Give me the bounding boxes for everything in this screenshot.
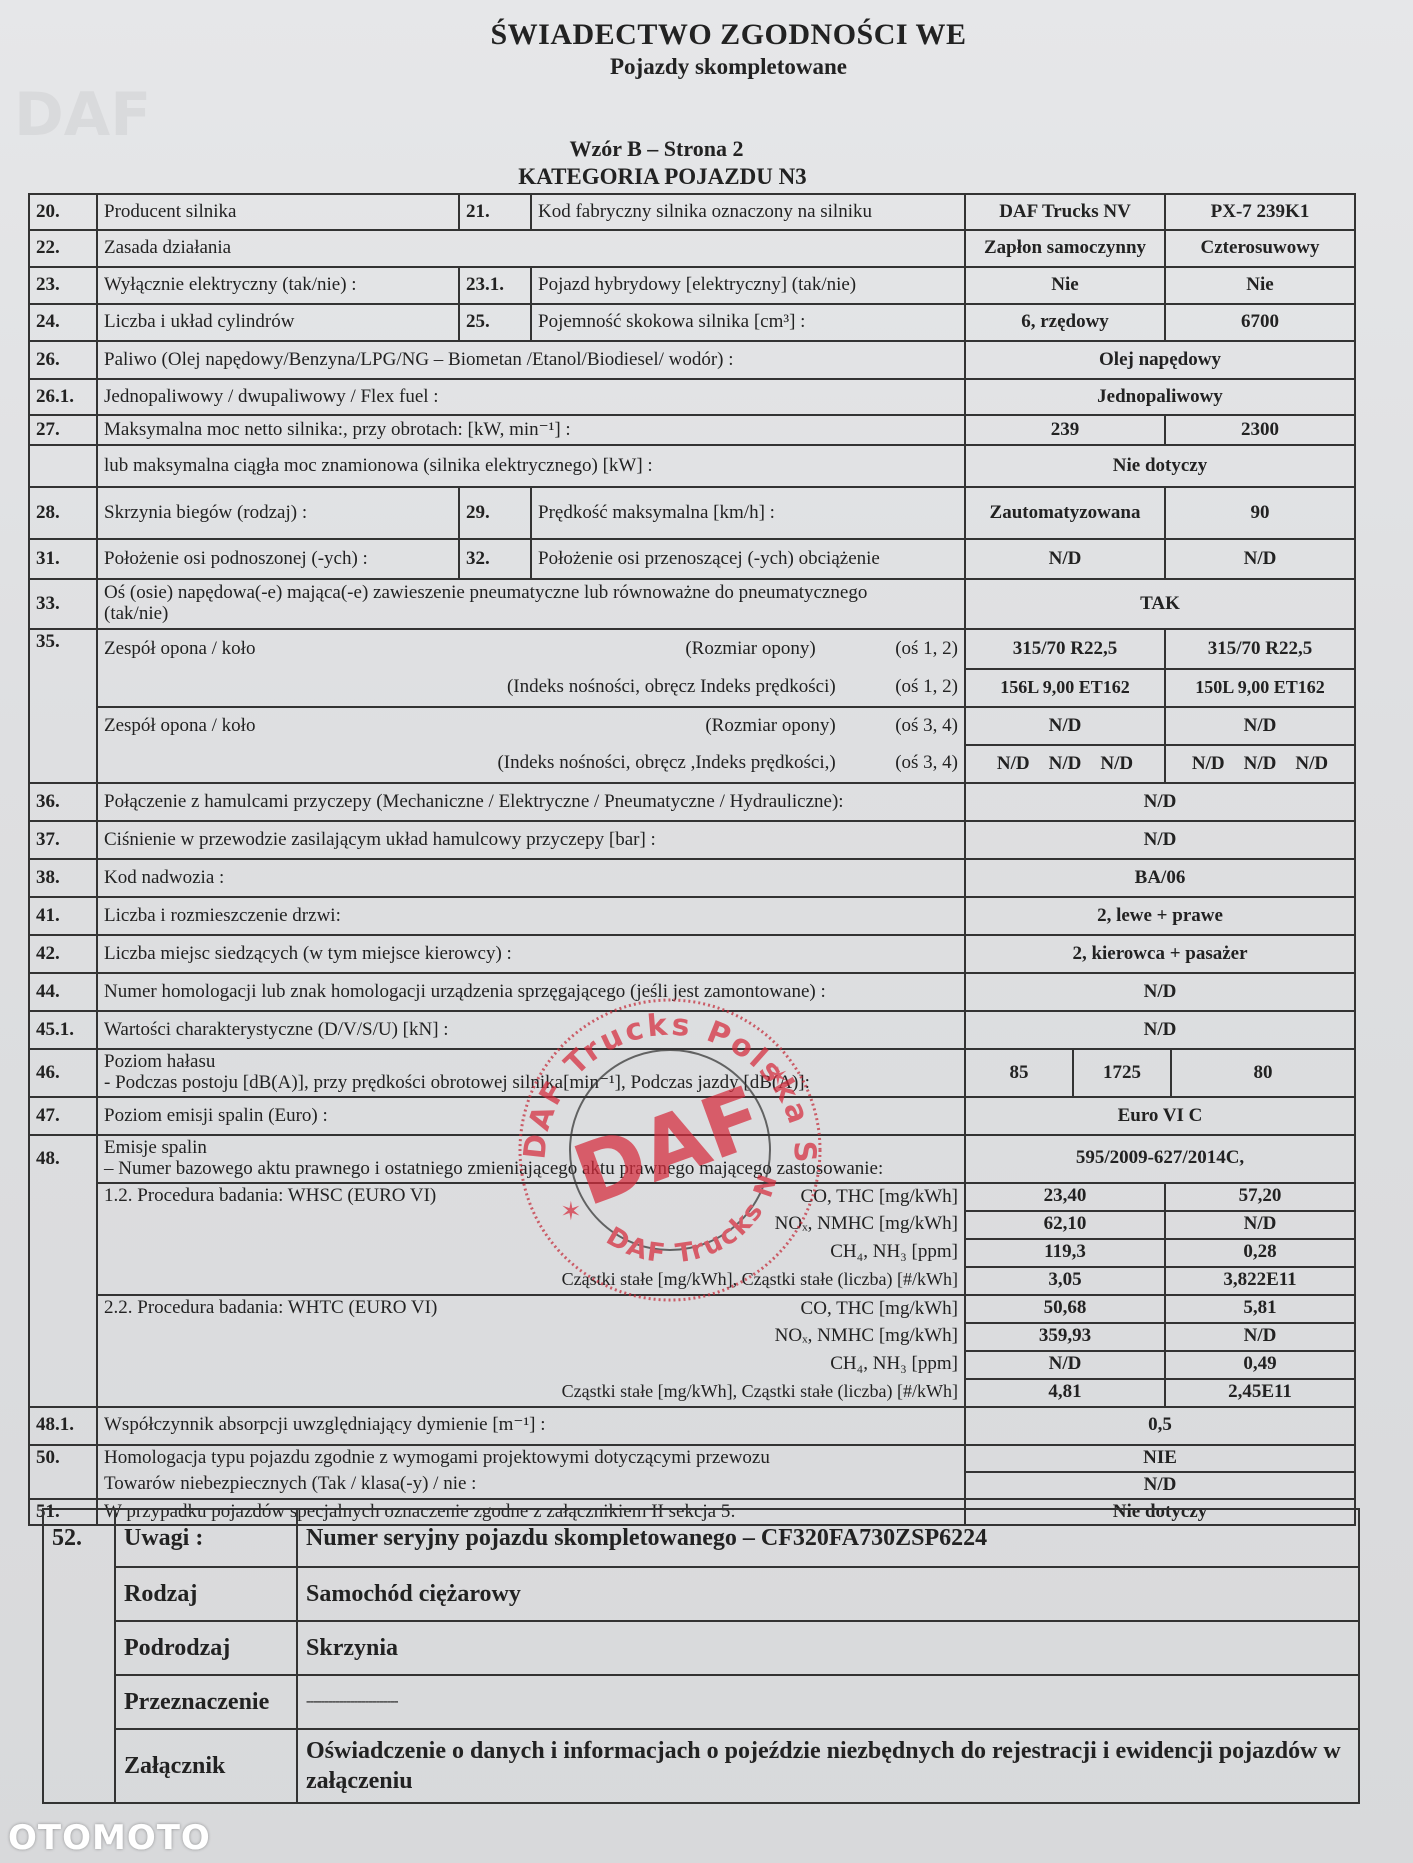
field-label: Numer homologacji lub znak homologacji u… xyxy=(97,973,965,1011)
row-28: 28. Skrzynia biegów (rodzaj) : 29. Prędk… xyxy=(29,487,1355,539)
body-code-value: BA/06 xyxy=(965,859,1355,897)
field-number: 29. xyxy=(459,487,531,539)
adr-class-value: N/D xyxy=(965,1472,1355,1499)
coupling-approval-value: N/D xyxy=(965,973,1355,1011)
row-26: 26. Paliwo (Olej napędowy/Benzyna/LPG/NG… xyxy=(29,341,1355,379)
air-suspension-value: TAK xyxy=(965,579,1355,629)
row-38: 38. Kod nadwozia : BA/06 xyxy=(29,859,1355,897)
field-number: 46. xyxy=(29,1049,97,1097)
remarks-label: Załącznik xyxy=(115,1729,297,1803)
tyre-size-axle-3-4-left: N/D xyxy=(965,707,1165,745)
whsc-value-2: 0,28 xyxy=(1165,1239,1355,1267)
field-label: Jednopaliwowy / dwupaliwowy / Flex fuel … xyxy=(97,379,965,415)
remarks-label: Przeznaczenie xyxy=(115,1675,297,1729)
empty-cell xyxy=(29,669,97,707)
document-subtitle: Pojazdy skompletowane xyxy=(22,54,1413,80)
empty-cell xyxy=(29,1295,97,1323)
whsc-value-1: 62,10 xyxy=(965,1211,1165,1239)
field-label: Liczba miejsc siedzących (w tym miejsce … xyxy=(97,935,965,973)
legal-act-value: 595/2009-627/2014C, xyxy=(965,1135,1355,1183)
field-number: 23. xyxy=(29,267,97,304)
whtc-label: Cząstki stałe [mg/kWh], Cząstki stałe (l… xyxy=(531,1379,965,1407)
row-22: 22. Zasada działania Zapłon samoczynny C… xyxy=(29,230,1355,267)
empty-cell xyxy=(29,707,97,745)
field-number: 32. xyxy=(459,539,531,579)
remarks-label: Podrodzaj xyxy=(115,1621,297,1675)
tyre-size-caption: (Rozmiar opony) xyxy=(705,715,835,736)
whtc-title: 2.2. Procedura badania: WHTC (EURO VI) xyxy=(97,1295,531,1407)
tyre-size-label: (Rozmiar opony) (oś 3, 4) xyxy=(459,707,965,745)
field-number: 21. xyxy=(459,194,531,230)
field-number: 42. xyxy=(29,935,97,973)
row-27: 27. Maksymalna moc netto silnika:, przy … xyxy=(29,415,1355,445)
row-26-1: 26.1. Jednopaliwowy / dwupaliwowy / Flex… xyxy=(29,379,1355,415)
whsc-value-2: N/D xyxy=(1165,1211,1355,1239)
load-axle-value: N/D xyxy=(1165,539,1355,579)
electric-value: Nie xyxy=(965,267,1165,304)
lift-axle-value: N/D xyxy=(965,539,1165,579)
remarks-value: Numer seryjny pojazdu skompletowanego – … xyxy=(297,1509,1359,1567)
field-number: 37. xyxy=(29,821,97,859)
row-24: 24. Liczba i układ cylindrów 25. Pojemno… xyxy=(29,304,1355,341)
tyre-index-axle-3-4-left: N/D N/D N/D xyxy=(965,745,1165,783)
remarks-label: Rodzaj xyxy=(115,1567,297,1621)
whtc-value-1: 50,68 xyxy=(965,1295,1165,1323)
fuel-value: Olej napędowy xyxy=(965,341,1355,379)
field-label: Liczba i układ cylindrów xyxy=(97,304,459,341)
field-label: Położenie osi przenoszącej (-ych) obciąż… xyxy=(531,539,965,579)
vehicle-category: KATEGORIA POJAZDU N3 xyxy=(0,164,1369,190)
axle-label: (oś 3, 4) xyxy=(895,715,958,736)
max-speed-value: 90 xyxy=(1165,487,1355,539)
tyre-index-axle-3-4-right: N/D N/D N/D xyxy=(1165,745,1355,783)
field-number: 47. xyxy=(29,1097,97,1135)
field-label-line2: - Podczas postoju [dB(A)], przy prędkośc… xyxy=(104,1073,958,1094)
field-label: Producent silnika xyxy=(97,194,459,230)
empty-cell xyxy=(29,1183,97,1211)
whtc-row-1: 2.2. Procedura badania: WHTC (EURO VI) C… xyxy=(29,1295,1355,1323)
empty-cell xyxy=(29,445,97,487)
fuel-type-value: Jednopaliwowy xyxy=(965,379,1355,415)
tyre-index-label: (Indeks nośności, obręcz Indeks prędkośc… xyxy=(97,669,965,707)
field-label: Oś (osie) napędowa(-e) mająca(-e) zawies… xyxy=(97,579,965,629)
ignition-value: Zapłon samoczynny xyxy=(965,230,1165,267)
field-label: Położenie osi podnoszonej (-ych) : xyxy=(97,539,459,579)
remarks-table: 52. Uwagi : Numer seryjny pojazdu skompl… xyxy=(42,1508,1360,1804)
row-48: 48. Emisje spalin – Numer bazowego aktu … xyxy=(29,1135,1355,1183)
row-37: 37. Ciśnienie w przewodzie zasilającym u… xyxy=(29,821,1355,859)
remarks-label: Uwagi : xyxy=(115,1509,297,1567)
row-27-electric: lub maksymalna ciągła moc znamionowa (si… xyxy=(29,445,1355,487)
empty-cell xyxy=(29,1211,97,1239)
field-label: Pojemność skokowa silnika [cm³] : xyxy=(531,304,965,341)
row-36: 36. Połączenie z hamulcami przyczepy (Me… xyxy=(29,783,1355,821)
stationary-noise-value: 85 xyxy=(966,1050,1074,1096)
field-label: Połączenie z hamulcami przyczepy (Mechan… xyxy=(97,783,965,821)
field-number: 31. xyxy=(29,539,97,579)
remarks-value: Samochód ciężarowy xyxy=(297,1567,1359,1621)
whtc-value-1: N/D xyxy=(965,1351,1165,1379)
field-number: 44. xyxy=(29,973,97,1011)
row-48-1: 48.1. Współczynnik absorpcji uwzględniaj… xyxy=(29,1407,1355,1445)
whsc-title: 1.2. Procedura badania: WHSC (EURO VI) xyxy=(97,1183,531,1295)
cylinders-value: 6, rzędowy xyxy=(965,304,1165,341)
field-label: Maksymalna moc netto silnika:, przy obro… xyxy=(97,415,965,445)
doors-value: 2, lewe + prawe xyxy=(965,897,1355,935)
field-number: 48. xyxy=(29,1135,97,1183)
whtc-value-2: N/D xyxy=(1165,1323,1355,1351)
whsc-label: CO, THC [mg/kWh] xyxy=(531,1183,965,1211)
tyre-index-axle-1-2-right: 150L 9,00 ET162 xyxy=(1165,669,1355,707)
whsc-value-1: 3,05 xyxy=(965,1267,1165,1295)
specification-table: 20. Producent silnika 21. Kod fabryczny … xyxy=(28,193,1356,1526)
field-label: Współczynnik absorpcji uwzględniający dy… xyxy=(97,1407,965,1445)
axle-label: (oś 3, 4) xyxy=(895,752,958,773)
whsc-row-1: 1.2. Procedura badania: WHSC (EURO VI) C… xyxy=(29,1183,1355,1211)
row-46: 46. Poziom hałasu - Podczas postoju [dB(… xyxy=(29,1049,1355,1097)
trailer-pressure-value: N/D xyxy=(965,821,1355,859)
field-label: Wyłącznie elektryczny (tak/nie) : xyxy=(97,267,459,304)
whtc-label: CO, THC [mg/kWh] xyxy=(531,1295,965,1323)
whsc-label: Cząstki stałe [mg/kWh], Cząstki stałe (l… xyxy=(531,1267,965,1295)
field-number: 50. xyxy=(29,1445,97,1499)
field-label-line1: Poziom hałasu xyxy=(104,1052,958,1073)
row-23: 23. Wyłącznie elektryczny (tak/nie) : 23… xyxy=(29,267,1355,304)
field-number: 22. xyxy=(29,230,97,267)
rpm-value: 2300 xyxy=(1165,415,1355,445)
field-label-line1: Emisje spalin xyxy=(104,1138,958,1159)
document-title: ŚWIADECTWO ZGODNOŚCI WE xyxy=(22,18,1413,52)
adr-approval-value: NIE xyxy=(965,1445,1355,1472)
row-35-tyre-index-axle-3-4: (Indeks nośności, obręcz ,Indeks prędkoś… xyxy=(29,745,1355,783)
empty-cell xyxy=(29,1267,97,1295)
tyre-size-axle-1-2-right: 315/70 R22,5 xyxy=(1165,629,1355,669)
field-number: 33. xyxy=(29,579,97,629)
seats-value: 2, kierowca + pasażer xyxy=(965,935,1355,973)
empty-cell xyxy=(29,1323,97,1351)
field-label: Kod nadwozia : xyxy=(97,859,965,897)
whsc-value-1: 119,3 xyxy=(965,1239,1165,1267)
field-label: Prędkość maksymalna [km/h] : xyxy=(531,487,965,539)
field-number: 26.1. xyxy=(29,379,97,415)
field-label-line2: (tak/nie) xyxy=(104,604,958,625)
axle-label: (oś 1, 2) xyxy=(895,638,958,659)
row-47: 47. Poziom emisji spalin (Euro) : Euro V… xyxy=(29,1097,1355,1135)
row-20: 20. Producent silnika 21. Kod fabryczny … xyxy=(29,194,1355,230)
row-50-b: Towarów niebezpiecznych (Tak / klasa(-y)… xyxy=(29,1472,1355,1499)
row-35-tyre-size-axle-3-4: Zespół opona / koło (Rozmiar opony) (oś … xyxy=(29,707,1355,745)
cycle-value: Czterosuwowy xyxy=(1165,230,1355,267)
field-label: Skrzynia biegów (rodzaj) : xyxy=(97,487,459,539)
field-number: 52. xyxy=(43,1509,115,1567)
otomoto-watermark: OTOMOTO xyxy=(8,1818,211,1858)
remarks-value: ------------------------- xyxy=(297,1675,1359,1729)
row-35-tyre-size-axle-1-2: 35. Zespół opona / koło (Rozmiar opony) … xyxy=(29,629,1355,669)
axle-label: (oś 1, 2) xyxy=(895,676,958,697)
electric-power-value: Nie dotyczy xyxy=(965,445,1355,487)
field-label: Ciśnienie w przewodzie zasilającym układ… xyxy=(97,821,965,859)
hybrid-value: Nie xyxy=(1165,267,1355,304)
field-number: 36. xyxy=(29,783,97,821)
whtc-value-2: 2,45E11 xyxy=(1165,1379,1355,1407)
remarks-row-przeznaczenie: Przeznaczenie ------------------------- xyxy=(43,1675,1359,1729)
engine-code-value: PX-7 239K1 xyxy=(1165,194,1355,230)
field-label: Zespół opona / koło xyxy=(97,707,459,745)
empty-cell xyxy=(43,1621,115,1675)
field-number: 27. xyxy=(29,415,97,445)
whtc-value-2: 0,49 xyxy=(1165,1351,1355,1379)
tyre-index-caption: (Indeks nośności, obręcz Indeks prędkośc… xyxy=(507,676,836,697)
tyre-size-caption: (Rozmiar opony) xyxy=(685,638,815,659)
empty-cell xyxy=(43,1729,115,1803)
row-31: 31. Położenie osi podnoszonej (-ych) : 3… xyxy=(29,539,1355,579)
whtc-label: CH₄, NH₃ [ppm] xyxy=(531,1351,965,1379)
max-power-value: 239 xyxy=(965,415,1165,445)
row-41: 41. Liczba i rozmieszczenie drzwi: 2, le… xyxy=(29,897,1355,935)
field-number: 28. xyxy=(29,487,97,539)
empty-cell xyxy=(29,1351,97,1379)
gearbox-value: Zautomatyzowana xyxy=(965,487,1165,539)
remarks-row-rodzaj: Rodzaj Samochód ciężarowy xyxy=(43,1567,1359,1621)
field-label: Liczba i rozmieszczenie drzwi: xyxy=(97,897,965,935)
engine-speed-value: 1725 xyxy=(1074,1050,1172,1096)
field-number: 23.1. xyxy=(459,267,531,304)
field-label: Kod fabryczny silnika oznaczony na silni… xyxy=(531,194,965,230)
whtc-label: NOₓ, NMHC [mg/kWh] xyxy=(531,1323,965,1351)
field-number: 45.1. xyxy=(29,1011,97,1049)
remarks-value: Skrzynia xyxy=(297,1621,1359,1675)
engine-manufacturer-value: DAF Trucks NV xyxy=(965,194,1165,230)
field-label: lub maksymalna ciągła moc znamionowa (si… xyxy=(97,445,965,487)
field-number: 26. xyxy=(29,341,97,379)
tyre-index-label: (Indeks nośności, obręcz ,Indeks prędkoś… xyxy=(97,745,965,783)
field-label-line2: – Numer bazowego aktu prawnego i ostatni… xyxy=(104,1159,958,1180)
field-label-line2: Towarów niebezpiecznych (Tak / klasa(-y)… xyxy=(97,1472,965,1499)
field-number: 20. xyxy=(29,194,97,230)
whsc-label: CH₄, NH₃ [ppm] xyxy=(531,1239,965,1267)
row-44: 44. Numer homologacji lub znak homologac… xyxy=(29,973,1355,1011)
empty-cell xyxy=(29,1379,97,1407)
empty-cell xyxy=(43,1567,115,1621)
field-label-line1: Oś (osie) napędowa(-e) mająca(-e) zawies… xyxy=(104,583,958,604)
whtc-value-2: 5,81 xyxy=(1165,1295,1355,1323)
field-label: Wartości charakterystyczne (D/V/S/U) [kN… xyxy=(97,1011,965,1049)
form-page-label: Wzór B – Strona 2 xyxy=(0,136,1363,162)
field-label: Zespół opona / koło xyxy=(97,629,459,669)
coupling-values-value: N/D xyxy=(965,1011,1355,1049)
field-number: 41. xyxy=(29,897,97,935)
row-33: 33. Oś (osie) napędowa(-e) mająca(-e) za… xyxy=(29,579,1355,629)
field-label: Emisje spalin – Numer bazowego aktu praw… xyxy=(97,1135,965,1183)
euro-level-value: Euro VI C xyxy=(965,1097,1355,1135)
row-35-tyre-index-axle-1-2: (Indeks nośności, obręcz Indeks prędkośc… xyxy=(29,669,1355,707)
row-42: 42. Liczba miejsc siedzących (w tym miej… xyxy=(29,935,1355,973)
empty-cell xyxy=(29,745,97,783)
trailer-brake-value: N/D xyxy=(965,783,1355,821)
field-number: 48.1. xyxy=(29,1407,97,1445)
field-number: 24. xyxy=(29,304,97,341)
remarks-row-zalacznik: Załącznik Oświadczenie o danych i inform… xyxy=(43,1729,1359,1803)
tyre-size-axle-3-4-right: N/D xyxy=(1165,707,1355,745)
field-number: 35. xyxy=(29,629,97,669)
field-label-line1: Homologacja typu pojazdu zgodnie z wymog… xyxy=(97,1445,965,1472)
row-45-1: 45.1. Wartości charakterystyczne (D/V/S/… xyxy=(29,1011,1355,1049)
tyre-size-label: (Rozmiar opony) (oś 1, 2) xyxy=(459,629,965,669)
field-number: 38. xyxy=(29,859,97,897)
whsc-value-2: 3,822E11 xyxy=(1165,1267,1355,1295)
remarks-value: Oświadczenie o danych i informacjach o p… xyxy=(297,1729,1359,1803)
whtc-value-1: 359,93 xyxy=(965,1323,1165,1351)
tyre-size-axle-1-2-left: 315/70 R22,5 xyxy=(965,629,1165,669)
tyre-index-caption: (Indeks nośności, obręcz ,Indeks prędkoś… xyxy=(497,752,835,773)
whsc-value-2: 57,20 xyxy=(1165,1183,1355,1211)
remarks-row-uwagi: 52. Uwagi : Numer seryjny pojazdu skompl… xyxy=(43,1509,1359,1567)
whtc-value-1: 4,81 xyxy=(965,1379,1165,1407)
smoke-absorption-value: 0,5 xyxy=(965,1407,1355,1445)
field-label: Poziom emisji spalin (Euro) : xyxy=(97,1097,965,1135)
row-50: 50. Homologacja typu pojazdu zgodnie z w… xyxy=(29,1445,1355,1472)
empty-cell xyxy=(43,1675,115,1729)
field-label: Paliwo (Olej napędowy/Benzyna/LPG/NG – B… xyxy=(97,341,965,379)
whsc-value-1: 23,40 xyxy=(965,1183,1165,1211)
field-label: Poziom hałasu - Podczas postoju [dB(A)],… xyxy=(97,1049,965,1097)
tyre-index-axle-1-2-left: 156L 9,00 ET162 xyxy=(965,669,1165,707)
drive-by-noise-value: 80 xyxy=(1172,1050,1354,1096)
remarks-row-podrodzaj: Podrodzaj Skrzynia xyxy=(43,1621,1359,1675)
field-label: Pojazd hybrydowy [elektryczny] (tak/nie) xyxy=(531,267,965,304)
field-number: 25. xyxy=(459,304,531,341)
noise-values: 85 1725 80 xyxy=(965,1049,1355,1097)
whsc-label: NOₓ, NMHC [mg/kWh] xyxy=(531,1211,965,1239)
certificate-page: DAF ŚWIADECTWO ZGODNOŚCI WE Pojazdy skom… xyxy=(0,0,1413,1863)
field-label: Zasada działania xyxy=(97,230,965,267)
empty-cell xyxy=(29,1239,97,1267)
displacement-value: 6700 xyxy=(1165,304,1355,341)
